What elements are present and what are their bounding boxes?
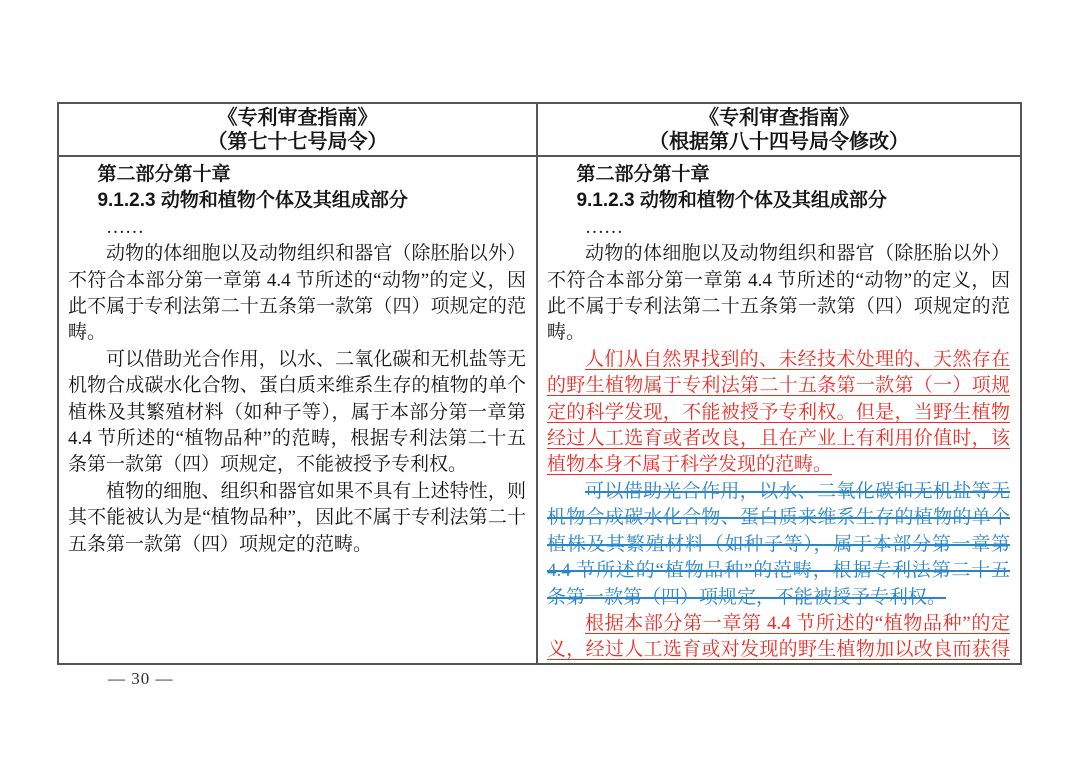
text-segment-inserted: 根据本部分第一章第 4.4 节所述的“植物品种”的定义，经过人工选育或对发现的野…	[547, 613, 1010, 663]
paragraph-plain: 可以借助光合作用，以水、二氧化碳和无机盐等无机物合成碳水化合物、蛋白质来维系生存…	[68, 347, 526, 479]
guideline-comparison-table: 《专利审查指南》 （第七十七号局令） 《专利审查指南》 （根据第八十四号局令修改…	[57, 102, 1022, 665]
old-version-subtitle: （第七十七号局令）	[59, 130, 536, 154]
revised-version-content-cell: 第二部分第十章9.1.2.3 动物和植物个体及其组成部分……动物的体细胞以及动物…	[538, 157, 1020, 663]
page-number: — 30 —	[108, 669, 174, 689]
revised-version-subtitle: （根据第八十四号局令修改）	[538, 130, 1020, 154]
paragraph-plain: 动物的体细胞以及动物组织和器官（除胚胎以外）不符合本部分第一章第 4.4 节所述…	[68, 241, 526, 347]
old-version-title: 《专利审查指南》	[59, 106, 536, 130]
paragraph-plain: ……	[68, 215, 526, 241]
paragraph-mixed: 根据本部分第一章第 4.4 节所述的“植物品种”的定义，经过人工选育或对发现的野…	[547, 611, 1010, 663]
section-heading: 第二部分第十章	[547, 162, 1010, 188]
section-heading: 9.1.2.3 动物和植物个体及其组成部分	[547, 188, 1010, 214]
revised-version-header-cell: 《专利审查指南》 （根据第八十四号局令修改）	[538, 104, 1020, 157]
paragraph-plain: 植物的细胞、组织和器官如果不具有上述特性，则其不能被认为是“植物品种”，因此不属…	[68, 479, 526, 558]
section-heading: 第二部分第十章	[68, 162, 526, 188]
revised-version-title: 《专利审查指南》	[538, 106, 1020, 130]
document-page: 《专利审查指南》 （第七十七号局令） 《专利审查指南》 （根据第八十四号局令修改…	[0, 0, 1080, 763]
paragraph-inserted: 人们从自然界找到的、未经技术处理的、天然存在的野生植物属于专利法第二十五条第一款…	[547, 347, 1010, 479]
paragraph-plain: 动物的体细胞以及动物组织和器官（除胚胎以外）不符合本部分第一章第 4.4 节所述…	[547, 241, 1010, 347]
old-version-content-cell: 第二部分第十章9.1.2.3 动物和植物个体及其组成部分……动物的体细胞以及动物…	[59, 157, 538, 663]
paragraph-deleted: 可以借助光合作用，以水、二氧化碳和无机盐等无机物合成碳水化合物、蛋白质来维系生存…	[547, 479, 1010, 611]
section-heading: 9.1.2.3 动物和植物个体及其组成部分	[68, 188, 526, 214]
paragraph-plain: ……	[547, 215, 1010, 241]
old-version-header-cell: 《专利审查指南》 （第七十七号局令）	[59, 104, 538, 157]
